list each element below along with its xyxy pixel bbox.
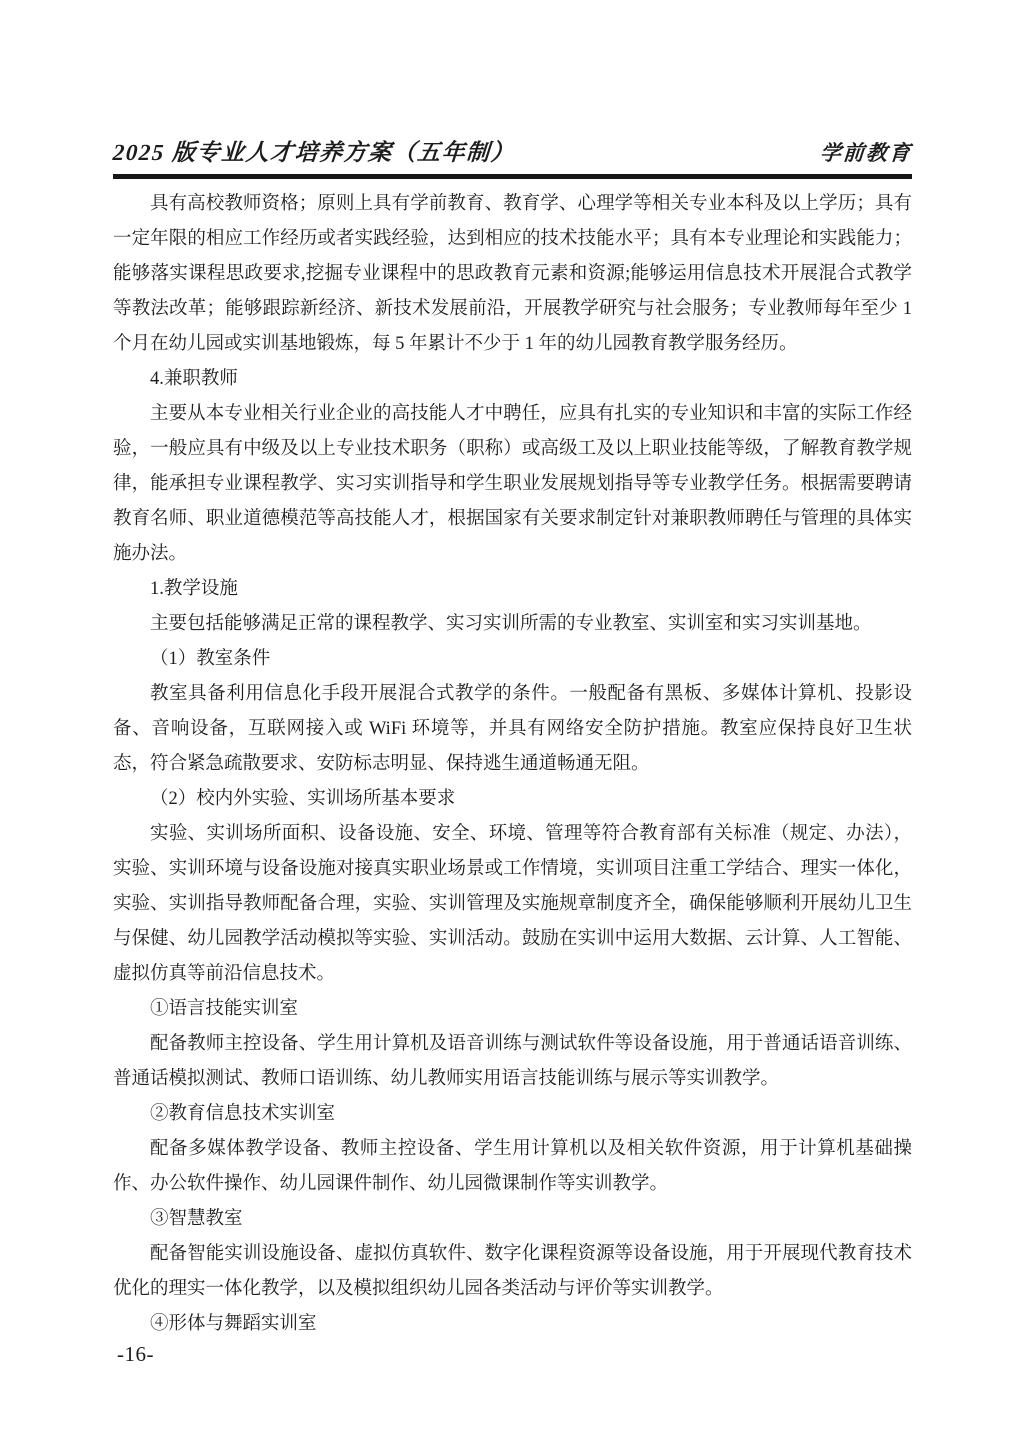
paragraph: ①语言技能实训室 — [113, 992, 912, 1027]
paragraph: ③智慧教室 — [113, 1202, 912, 1237]
paragraph: 4.兼职教师 — [113, 362, 912, 397]
header-document-title: 2025 版专业人才培养方案（五年制） — [112, 134, 517, 167]
paragraph: 1.教学设施 — [113, 572, 912, 607]
paragraph: 配备多媒体教学设备、教师主控设备、学生用计算机以及相关软件资源，用于计算机基础操… — [113, 1132, 912, 1202]
paragraph: 具有高校教师资格；原则上具有学前教育、教育学、心理学等相关专业本科及以上学历；具… — [113, 187, 912, 362]
paragraph: 配备教师主控设备、学生用计算机及语音训练与测试软件等设备设施，用于普通话语音训练… — [113, 1027, 912, 1097]
paragraph: （1）教室条件 — [113, 642, 912, 677]
paragraph: 主要从本专业相关行业企业的高技能人才中聘任，应具有扎实的专业知识和丰富的实际工作… — [113, 397, 912, 572]
header-major-name: 学前教育 — [819, 137, 913, 167]
page-header: 2025 版专业人才培养方案（五年制） 学前教育 — [113, 134, 912, 179]
paragraph: 教室具备利用信息化手段开展混合式教学的条件。一般配备有黑板、多媒体计算机、投影设… — [113, 677, 912, 782]
paragraph: 配备智能实训设施设备、虚拟仿真软件、数字化课程资源等设备设施，用于开展现代教育技… — [113, 1237, 912, 1307]
page-number: -16- — [117, 1342, 154, 1367]
header-double-rule — [113, 174, 912, 179]
paragraph: 实验、实训场所面积、设备设施、安全、环境、管理等符合教育部有关标准（规定、办法）… — [113, 817, 912, 992]
paragraph: ④形体与舞蹈实训室 — [113, 1307, 912, 1342]
paragraph: ②教育信息技术实训室 — [113, 1097, 912, 1132]
document-body: 具有高校教师资格；原则上具有学前教育、教育学、心理学等相关专业本科及以上学历；具… — [113, 187, 912, 1342]
paragraph: 主要包括能够满足正常的课程教学、实习实训所需的专业教室、实训室和实习实训基地。 — [113, 607, 912, 642]
paragraph: （2）校内外实验、实训场所基本要求 — [113, 782, 912, 817]
